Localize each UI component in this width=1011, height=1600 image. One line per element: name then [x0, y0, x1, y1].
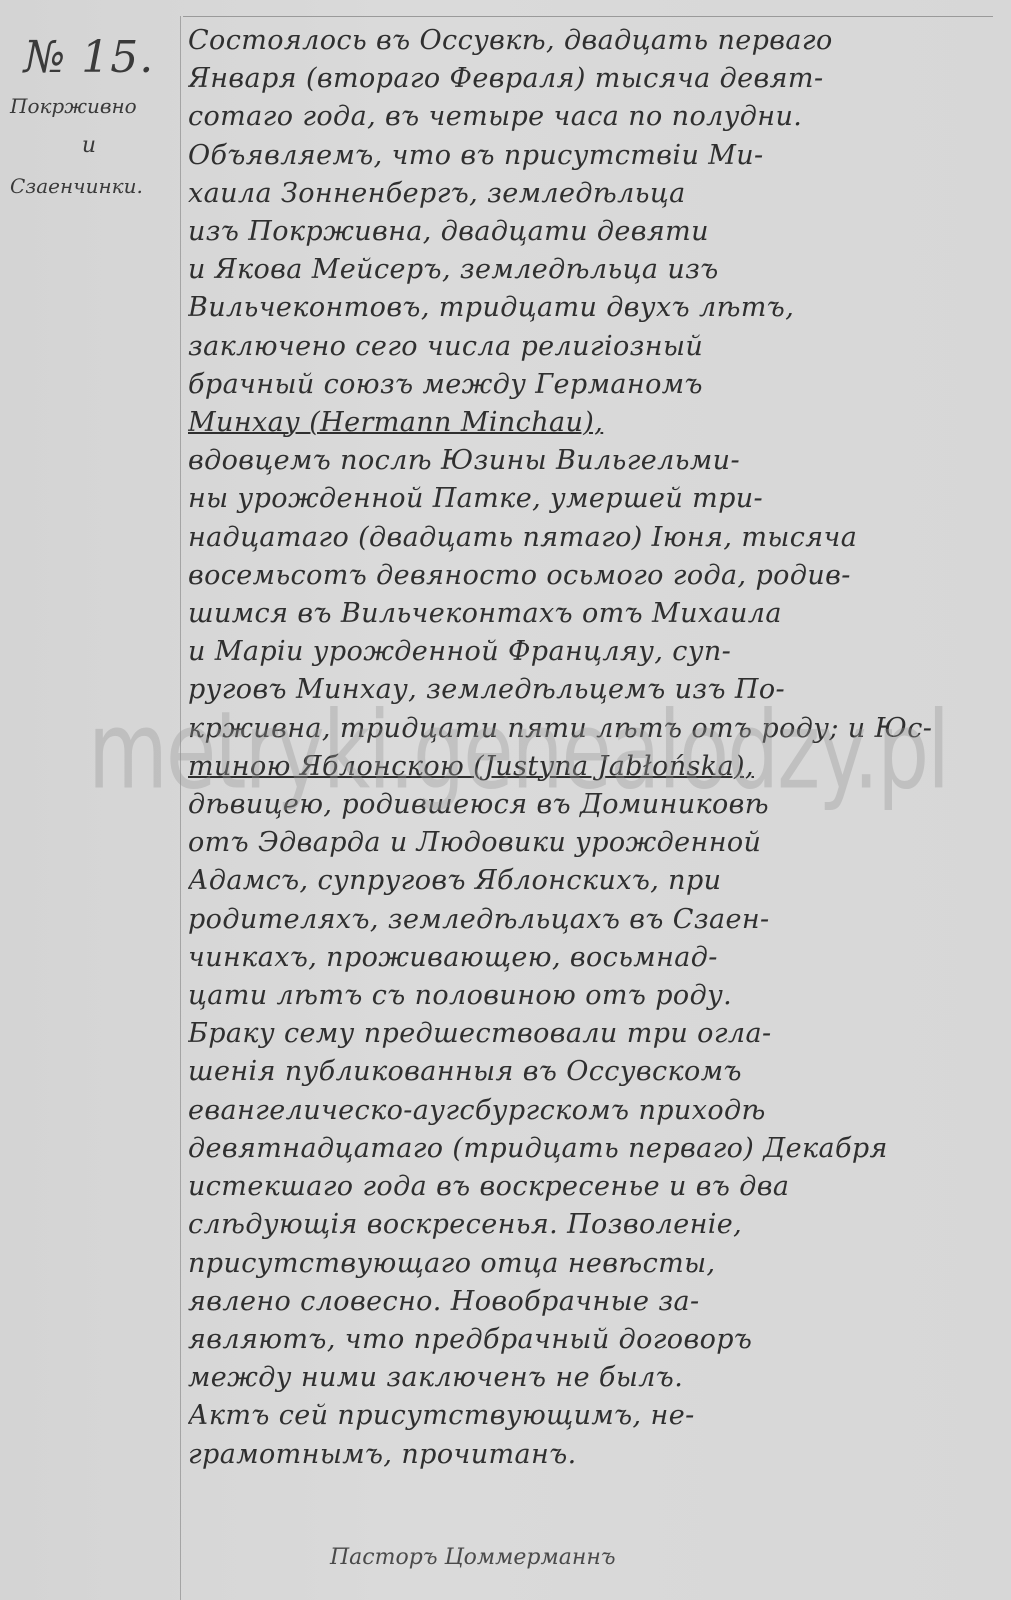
text-line: девятнадцатаго (тридцать перваго) Декабр…: [188, 1130, 988, 1168]
text-line: руговъ Минхау, земледѣльцемъ изъ По-: [188, 671, 988, 709]
text-line: евангелическо-аугсбургскомъ приходѣ: [188, 1092, 988, 1130]
text-line: отъ Эдварда и Людовики урожденной: [188, 824, 988, 862]
text-line: присутствующаго отца невѣсты,: [188, 1245, 988, 1283]
text-line: и Маріи урожденной Францляу, суп-: [188, 633, 988, 671]
text-line: восемьсотъ девяносто осьмого года, родив…: [188, 557, 988, 595]
text-line: дѣвицею, родившеюся въ Доминиковѣ: [188, 786, 988, 824]
text-line: Адамсъ, супруговъ Яблонскихъ, при: [188, 862, 988, 900]
entry-number: № 15.: [4, 30, 174, 86]
text-line: истекшаго года въ воскресенье и въ два: [188, 1168, 988, 1206]
text-line: Актъ сей присутствующимъ, не-: [188, 1397, 988, 1435]
text-line: цати лѣтъ съ половиною отъ роду.: [188, 977, 988, 1015]
text-line: явлено словесно. Новобрачные за-: [188, 1283, 988, 1321]
page-frame-margin-rule: [180, 16, 181, 1600]
text-line: являютъ, что предбрачный договоръ: [188, 1321, 988, 1359]
text-line: грамотнымъ, прочитанъ.: [188, 1436, 988, 1474]
margin-annotation: № 15. Покрживно и Сзаенчинки.: [4, 30, 174, 206]
text-line-groom-name-underlined: Минхау (Hermann Minchau),: [188, 404, 988, 442]
text-line: Января (втораго Февраля) тысяча девят-: [188, 60, 988, 98]
text-line: заключено сего числа религіозный: [188, 328, 988, 366]
text-line: сотаго года, въ четыре часа по полудни.: [188, 98, 988, 136]
text-line: и Якова Мейсеръ, земледѣльца изъ: [188, 251, 988, 289]
text-line: Объявляемъ, что въ присутствіи Ми-: [188, 137, 988, 175]
text-line: Браку сему предшествовали три огла-: [188, 1015, 988, 1053]
text-line: хаила Зонненбергъ, земледѣльца: [188, 175, 988, 213]
text-line: надцатаго (двадцать пятаго) Іюня, тысяча: [188, 519, 988, 557]
text-line: между ними заключенъ не былъ.: [188, 1359, 988, 1397]
record-body: Состоялось въ Оссувкѣ, двадцать перваго …: [188, 22, 988, 1474]
text-line-groom-name: брачный союзъ между Германомъ: [188, 366, 988, 404]
text-line: Вильчеконтовъ, тридцати двухъ лѣтъ,: [188, 289, 988, 327]
margin-place-2: Сзаенчинки.: [4, 166, 174, 206]
text-line: чинкахъ, проживающею, восьмнад-: [188, 939, 988, 977]
text-line: слѣдующія воскресенья. Позволеніе,: [188, 1206, 988, 1244]
text-line-bride-name-underlined: тиною Яблонскою (Justyna Jabłońska),: [188, 748, 988, 786]
margin-conjunction: и: [4, 126, 174, 166]
text-line: Состоялось въ Оссувкѣ, двадцать перваго: [188, 22, 988, 60]
text-line: шимся въ Вильчеконтахъ отъ Михаила: [188, 595, 988, 633]
text-line: родителяхъ, земледѣльцахъ въ Сзаен-: [188, 901, 988, 939]
text-line: вдовцемъ послѣ Юзины Вильгельми-: [188, 442, 988, 480]
text-line: крживна, тридцати пяти лѣтъ отъ роду; и …: [188, 710, 988, 748]
margin-place-1: Покрживно: [4, 86, 174, 126]
text-line: изъ Покрживна, двадцати девяти: [188, 213, 988, 251]
page-frame-top-rule: [183, 16, 993, 17]
pastor-signature: Пасторъ Цоммерманнъ: [330, 1545, 615, 1570]
text-line: ны урожденной Патке, умершей три-: [188, 480, 988, 518]
document-page: № 15. Покрживно и Сзаенчинки. Состоялось…: [0, 0, 1011, 1600]
text-line: шенія публикованныя въ Оссувскомъ: [188, 1053, 988, 1091]
